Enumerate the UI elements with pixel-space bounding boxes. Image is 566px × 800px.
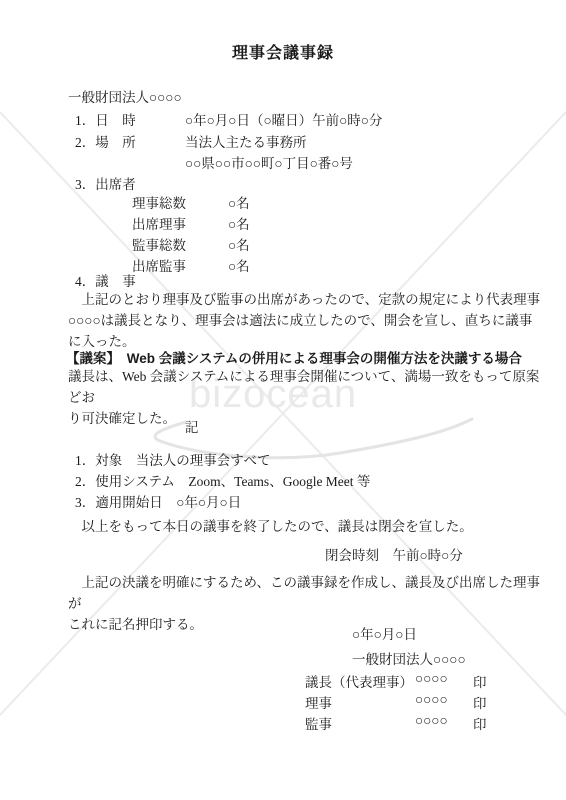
signature-role: 議長（代表理事） (305, 671, 413, 691)
attendee-row-label: 出席監事 (132, 255, 186, 275)
ki-marker: 記 (185, 416, 199, 436)
document-content: 理事会議事録 一般財団法人○○○○ 1．日 時 ○年○月○日（○曜日）午前○時○… (0, 0, 566, 800)
signature-date: ○年○月○日 (352, 623, 417, 643)
closing-time: 閉会時刻 午前○時○分 (325, 544, 463, 564)
date-item-value: ○年○月○日（○曜日）午前○時○分 (185, 109, 382, 129)
attendee-row-label: 監事総数 (132, 234, 186, 254)
place-item-address: ○○県○○市○○町○丁目○番○号 (185, 152, 353, 172)
signature-row: 議長（代表理事） ○○○○ 印 (305, 671, 505, 692)
signature-row: 理事 ○○○○ 印 (305, 692, 505, 713)
seal-mark: 印 (473, 692, 487, 712)
attendee-row-value: ○名 (228, 234, 250, 254)
opening-paragraph: 上記のとおり理事及び監事の出席があったので、定款の規定により代表理事 ○○○○は… (68, 289, 546, 352)
signature-name: ○○○○ (415, 713, 448, 729)
attendee-row-label: 理事総数 (132, 192, 186, 212)
seal-mark: 印 (473, 671, 487, 691)
place-item-label: 2．場 所 (75, 131, 136, 151)
attendee-row-value: ○名 (228, 213, 250, 233)
agenda-heading: 【議案】 Web 会議システムの併用による理事会の開催方法を決議する場合 (66, 347, 522, 367)
attestation-paragraph: 上記の決議を明確にするため、この議事録を作成し、議長及び出席した理事が これに記… (68, 572, 546, 635)
signature-name: ○○○○ (415, 692, 448, 708)
attendees-item-label: 3．出席者 (75, 173, 136, 193)
signature-organization: 一般財団法人○○○○ (352, 648, 466, 668)
page-title: 理事会議事録 (0, 40, 566, 63)
signature-role: 監事 (305, 713, 332, 733)
resolution-detail-item: 3．適用開始日 ○年○月○日 (75, 491, 241, 511)
attendee-row-label: 出席理事 (132, 213, 186, 233)
attendee-row-value: ○名 (228, 192, 250, 212)
resolution-paragraph: 議長は、Web 会議システムによる理事会開催について、満場一致をもって原案どお … (68, 366, 546, 429)
proceedings-item-label: 4．議 事 (75, 270, 136, 290)
place-item-value: 当法人主たる事務所 (185, 131, 307, 151)
resolution-detail-item: 1．対象 当法人の理事会すべて (75, 449, 270, 469)
attendee-row-value: ○名 (228, 255, 250, 275)
seal-mark: 印 (473, 713, 487, 733)
date-item-label: 1．日 時 (75, 109, 136, 129)
closing-sentence: 以上をもって本日の議事を終了したので、議長は閉会を宣した。 (68, 515, 473, 535)
resolution-detail-item: 2．使用システム Zoom、Teams、Google Meet 等 (75, 470, 370, 490)
document-page: bizocean 理事会議事録 一般財団法人○○○○ 1．日 時 ○年○月○日（… (0, 0, 566, 800)
signature-name: ○○○○ (415, 671, 448, 687)
signature-row: 監事 ○○○○ 印 (305, 713, 505, 734)
organization-name: 一般財団法人○○○○ (68, 86, 182, 106)
signature-role: 理事 (305, 692, 332, 712)
